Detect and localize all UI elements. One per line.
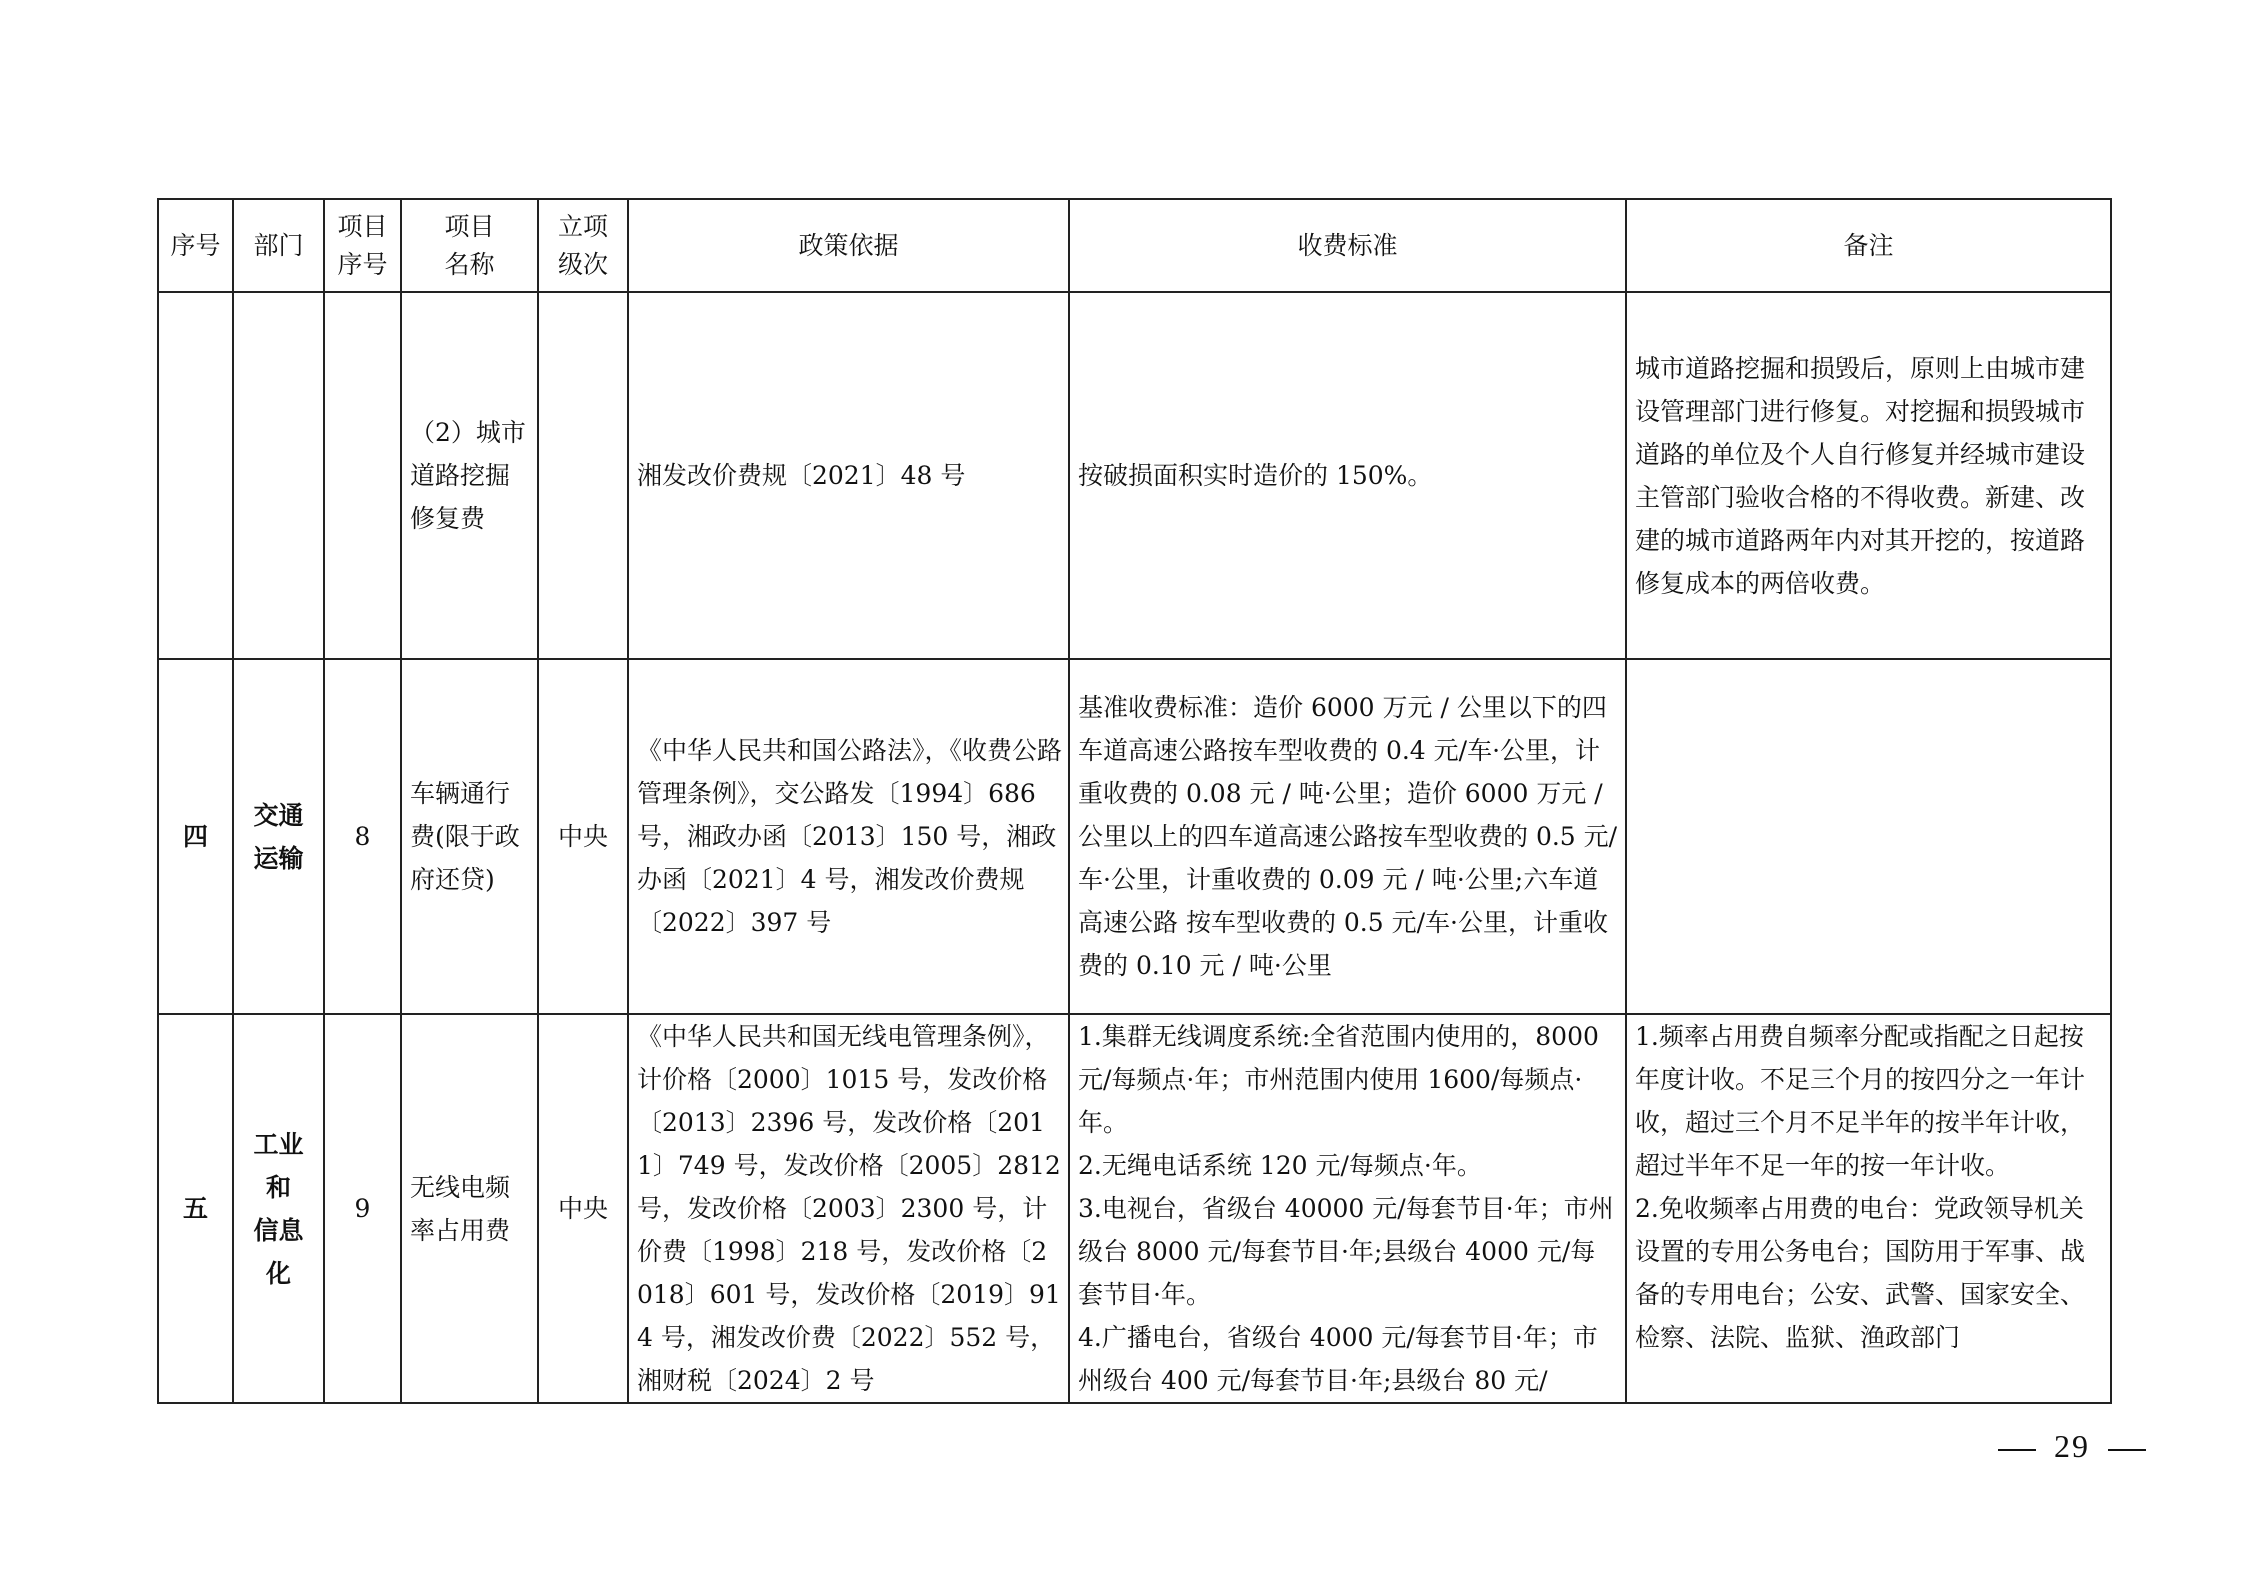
standard-line: 1.集群无线调度系统:全省范围内使用的，8000 元/每频点·年；市州范围内使用… xyxy=(1078,1015,1619,1144)
dept-line: 交通 xyxy=(234,794,323,837)
remarks-line: 2.免收频率占用费的电台：党政领导机关设置的专用公务电台；国防用于军事、战备的专… xyxy=(1635,1187,2104,1359)
remarks-line: 1.频率占用费自频率分配或指配之日起按年度计收。不足三个月的按四分之一年计收，超… xyxy=(1635,1015,2104,1187)
cell-dept: 交通 运输 xyxy=(233,659,324,1014)
cell-seq xyxy=(158,292,233,659)
header-dept: 部门 xyxy=(233,199,324,292)
standard-line: 4.广播电台，省级台 4000 元/每套节目·年；市州级台 400 元/每套节目… xyxy=(1078,1316,1619,1402)
standard-line: 2.无绳电话系统 120 元/每频点·年。 xyxy=(1078,1144,1619,1187)
cell-standard: 按破损面积实时造价的 150%。 xyxy=(1069,292,1626,659)
cell-remarks: 1.频率占用费自频率分配或指配之日起按年度计收。不足三个月的按四分之一年计收，超… xyxy=(1626,1014,2111,1403)
table-row: （2）城市道路挖掘修复费 湘发改价费规〔2021〕48 号 按破损面积实时造价的… xyxy=(158,292,2111,659)
dept-line: 工业 xyxy=(234,1123,323,1166)
table-row: 五 工业 和 信息 化 9 无线电频率占用费 中央 《中华人民共和国无线电管理条… xyxy=(158,1014,2111,1403)
cell-remarks: 城市道路挖掘和损毁后，原则上由城市建设管理部门进行修复。对挖掘和损毁城市道路的单… xyxy=(1626,292,2111,659)
cell-standard: 1.集群无线调度系统:全省范围内使用的，8000 元/每频点·年；市州范围内使用… xyxy=(1069,1014,1626,1403)
cell-seq: 四 xyxy=(158,659,233,1014)
header-level-line1: 立项 xyxy=(539,208,627,246)
cell-level: 中央 xyxy=(538,659,628,1014)
header-item-seq: 项目 序号 xyxy=(324,199,401,292)
header-item-seq-line1: 项目 xyxy=(325,208,400,246)
header-level-line2: 级次 xyxy=(539,246,627,284)
header-policy: 政策依据 xyxy=(628,199,1069,292)
cell-dept xyxy=(233,292,324,659)
cell-seq: 五 xyxy=(158,1014,233,1403)
header-item-name: 项目 名称 xyxy=(401,199,538,292)
cell-remarks xyxy=(1626,659,2111,1014)
header-item-name-line1: 项目 xyxy=(402,208,537,246)
cell-dept: 工业 和 信息 化 xyxy=(233,1014,324,1403)
cell-item-seq xyxy=(324,292,401,659)
table-row: 四 交通 运输 8 车辆通行费(限于政府还贷) 中央 《中华人民共和国公路法》，… xyxy=(158,659,2111,1014)
cell-level xyxy=(538,292,628,659)
standard-line: 3.电视台，省级台 40000 元/每套节目·年；市州级台 8000 元/每套节… xyxy=(1078,1187,1619,1316)
cell-item-seq: 8 xyxy=(324,659,401,1014)
cell-item-name: （2）城市道路挖掘修复费 xyxy=(401,292,538,659)
cell-level: 中央 xyxy=(538,1014,628,1403)
dash-left xyxy=(1998,1449,2036,1451)
cell-policy: 《中华人民共和国无线电管理条例》，计价格〔2000〕1015 号，发改价格〔20… xyxy=(628,1014,1069,1403)
fee-table: 序号 部门 项目 序号 项目 名称 立项 级次 政策依据 收费标准 备注 （2）… xyxy=(157,198,2112,1404)
header-remarks: 备注 xyxy=(1626,199,2111,292)
cell-policy: 湘发改价费规〔2021〕48 号 xyxy=(628,292,1069,659)
cell-standard: 基准收费标准：造价 6000 万元 / 公里以下的四车道高速公路按车型收费的 0… xyxy=(1069,659,1626,1014)
cell-policy: 《中华人民共和国公路法》，《收费公路管理条例》，交公路发〔1994〕686 号，… xyxy=(628,659,1069,1014)
dept-line: 和 xyxy=(234,1166,323,1209)
header-item-seq-line2: 序号 xyxy=(325,246,400,284)
header-item-name-line2: 名称 xyxy=(402,246,537,284)
cell-item-seq: 9 xyxy=(324,1014,401,1403)
dept-line: 化 xyxy=(234,1252,323,1295)
header-level: 立项 级次 xyxy=(538,199,628,292)
dash-right xyxy=(2108,1449,2146,1451)
cell-item-name: 车辆通行费(限于政府还贷) xyxy=(401,659,538,1014)
page-number-value: 29 xyxy=(2054,1428,2090,1464)
page-number: 29 xyxy=(1980,1428,2164,1465)
header-standard: 收费标准 xyxy=(1069,199,1626,292)
header-seq: 序号 xyxy=(158,199,233,292)
table-header-row: 序号 部门 项目 序号 项目 名称 立项 级次 政策依据 收费标准 备注 xyxy=(158,199,2111,292)
dept-line: 运输 xyxy=(234,837,323,880)
dept-line: 信息 xyxy=(234,1209,323,1252)
cell-item-name: 无线电频率占用费 xyxy=(401,1014,538,1403)
